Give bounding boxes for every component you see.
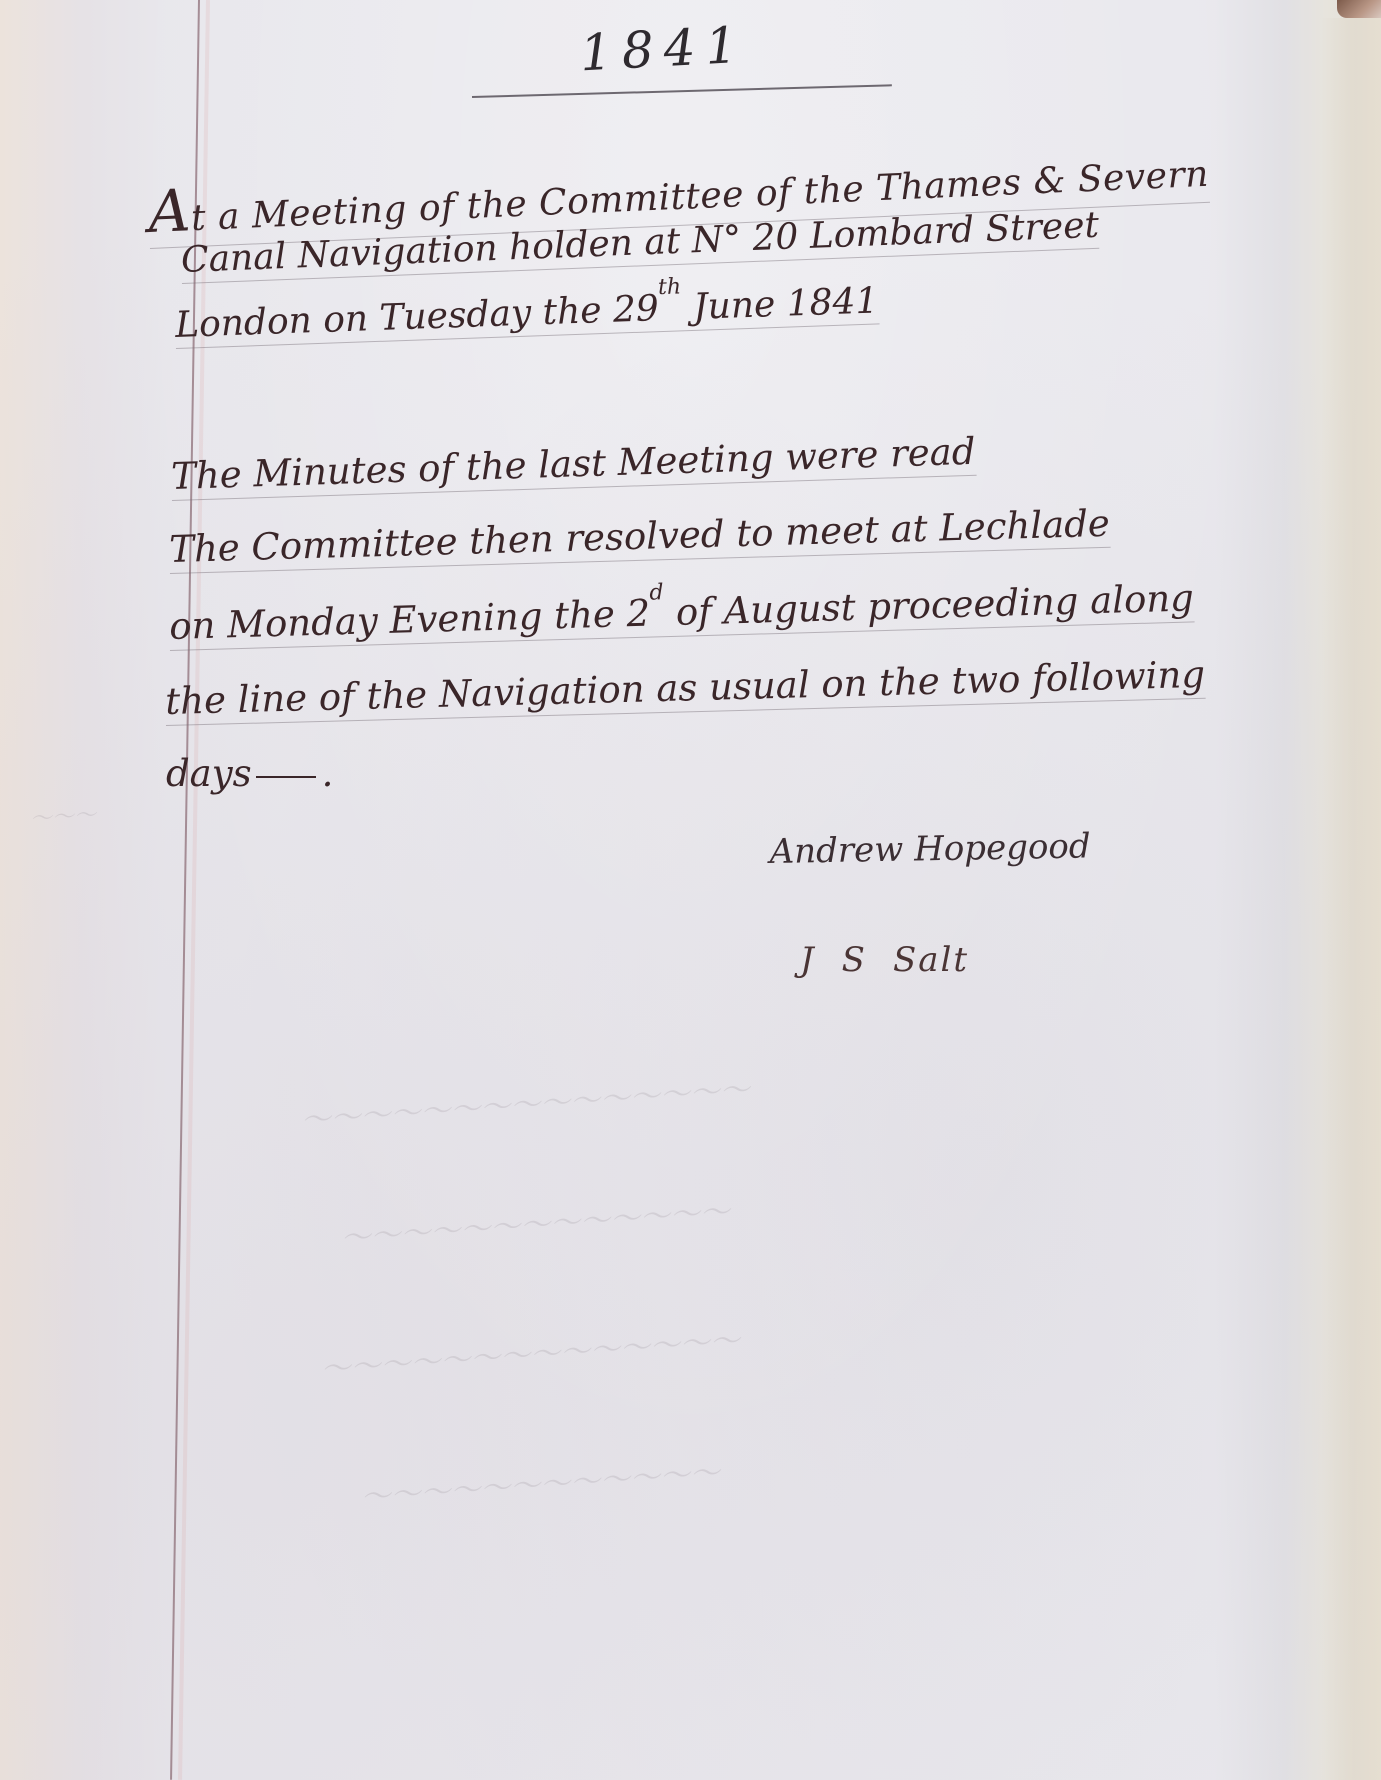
- show-through-text: ～～～～～～～～～～～～～～: [319, 1315, 741, 1388]
- signature-surname: Salt: [893, 940, 969, 980]
- manuscript-page: ～～～～～～～～～～～～～～～ ～～～～～～～～～～～～～ ～～～～～～～～～～…: [0, 0, 1381, 1780]
- show-through-text: ～～～～～～～～～～～～～: [339, 1186, 731, 1257]
- closing-period: .: [322, 752, 334, 795]
- signature-andrew-hopegood: Andrew Hopegood: [769, 826, 1091, 872]
- book-binding-corner: [1337, 0, 1381, 18]
- signature-initial: S: [842, 940, 893, 980]
- minutes-line-2: The Committee then resolved to meet at L…: [169, 502, 1111, 574]
- heading-line-text: June 1841: [681, 280, 879, 328]
- year-heading: 1841: [579, 16, 749, 83]
- closing-dash: [256, 776, 316, 778]
- show-through-text: ～～～～～～～～～～～～: [359, 1447, 721, 1516]
- minutes-line-text: the line of the Navigation as usual on t…: [165, 653, 1206, 723]
- heading-line-text: London on Tuesday the 29: [174, 288, 659, 346]
- show-through-text: ～～～: [29, 798, 97, 834]
- decorative-initial: A: [147, 176, 192, 246]
- ordinal-superscript: th: [658, 274, 682, 300]
- signature-j-s-salt: JSSalt: [800, 940, 969, 980]
- show-through-text: ～～～～～～～～～～～～～～～: [299, 1064, 751, 1139]
- minutes-line-5: days.: [166, 752, 333, 795]
- year-heading-rule: [472, 84, 892, 97]
- minutes-line-4: the line of the Navigation as usual on t…: [165, 653, 1206, 726]
- page-edge-shadow: [1321, 18, 1381, 1780]
- ordinal-superscript: d: [649, 580, 664, 605]
- meeting-heading-line-3: London on Tuesday the 29th June 1841: [174, 280, 879, 349]
- minutes-line-text: on Monday Evening the 2: [169, 592, 651, 648]
- minutes-line-text: The Committee then resolved to meet at L…: [169, 502, 1111, 571]
- minutes-line-1: The Minutes of the last Meeting were rea…: [171, 430, 977, 501]
- minutes-line-3: on Monday Evening the 2d of August proce…: [169, 576, 1195, 651]
- signature-initial: J: [800, 940, 842, 980]
- minutes-line-text: of August proceeding along: [664, 576, 1195, 634]
- minutes-line-text: days: [166, 752, 252, 795]
- minutes-line-text: The Minutes of the last Meeting were rea…: [171, 430, 977, 498]
